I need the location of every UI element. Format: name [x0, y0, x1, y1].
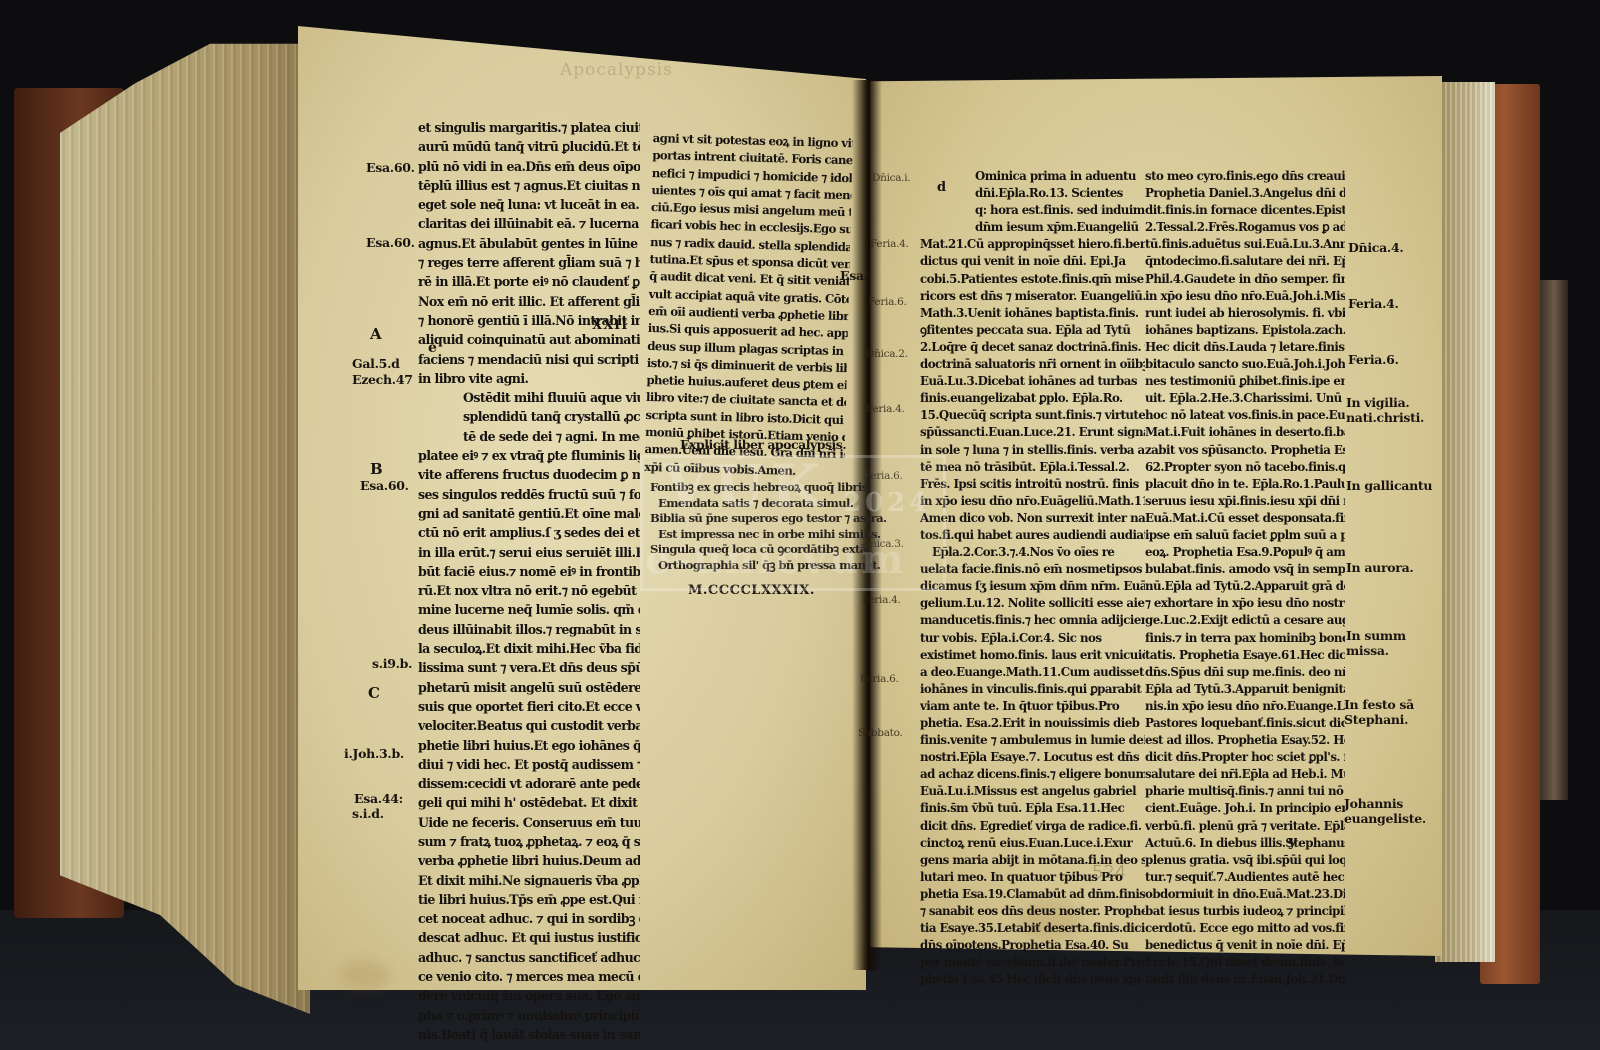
liturgical-label: Dn̄ica.i.: [872, 172, 910, 184]
liturgical-label: Dn̄ica.2.: [866, 348, 908, 360]
liturgical-label: In gallicantu: [1346, 478, 1432, 493]
liturgical-label: Feria.6.: [860, 673, 899, 685]
margin-note: Ezech.47: [352, 372, 413, 387]
liturgical-label: Sabbato.: [858, 727, 902, 739]
margin-note: Esa.60.: [360, 478, 409, 493]
margin-note: Gal.5.d: [352, 356, 400, 371]
colophon-date: M.CCCCLXXXIX.: [688, 583, 815, 598]
liturgical-label: Feria.6.: [864, 470, 903, 482]
section-marker: A: [370, 325, 381, 343]
margin-note: Esa.60.: [366, 160, 415, 175]
liturgical-label: Feria.6.: [868, 296, 907, 308]
paper-stain: [340, 960, 390, 990]
explicit-line: Explicit liber apocalypsis.: [680, 437, 846, 452]
page-edges-right: [1435, 82, 1495, 962]
margin-note: Esa.44:: [354, 791, 403, 806]
margin-note: s.i9.b.: [372, 656, 412, 671]
signature-mark: y: [1288, 832, 1297, 850]
left-page-column-2: agni vt sit potestas eoꝝ in ligno vite ⁊…: [644, 130, 853, 481]
pencil-folio-number: 524: [1092, 862, 1126, 883]
margin-note: i.Joh.3.b.: [344, 746, 404, 761]
left-page-column-1: et singulis margaritis.⁊ platea ciuitat⁊…: [418, 118, 640, 1044]
running-head: Apocalypsis: [560, 60, 673, 80]
liturgical-label: Dn̄ica.3.: [862, 538, 904, 550]
inner-margin-note: Esa.: [840, 268, 868, 283]
liturgical-label: Feria.4.: [1348, 296, 1399, 311]
right-page-column-2: sto meo cyro.finis.ego dn̄s creaui eum. …: [1145, 168, 1345, 989]
liturgical-label: In vigilia. nati.christi.: [1346, 395, 1436, 425]
liturgical-label: In festo sā Stephani.: [1344, 697, 1436, 727]
liturgical-label: Feria.4.: [866, 403, 905, 415]
colophon: Fontibꝫ ex grecis hebreoꝝ quoq̄ libris. …: [650, 480, 860, 574]
liturgical-label: Dn̄ica.4.: [1348, 240, 1403, 255]
liturgical-label: Johannis euangeliste.: [1344, 796, 1436, 826]
liturgical-label: In aurora.: [1346, 560, 1413, 575]
page-edges-left: [60, 24, 310, 1014]
cover-fold-right: [1540, 280, 1568, 800]
margin-note: Esa.60.: [366, 235, 415, 250]
margin-note: s.i.d.: [352, 806, 384, 821]
section-marker: C: [368, 684, 380, 702]
liturgical-label: In summ missa.: [1346, 628, 1436, 658]
liturgical-label: Feria.4.: [870, 238, 909, 250]
liturgical-label: Feria.6.: [1348, 352, 1399, 367]
section-marker: B: [370, 460, 382, 478]
liturgical-label: Feria.4.: [862, 594, 901, 606]
